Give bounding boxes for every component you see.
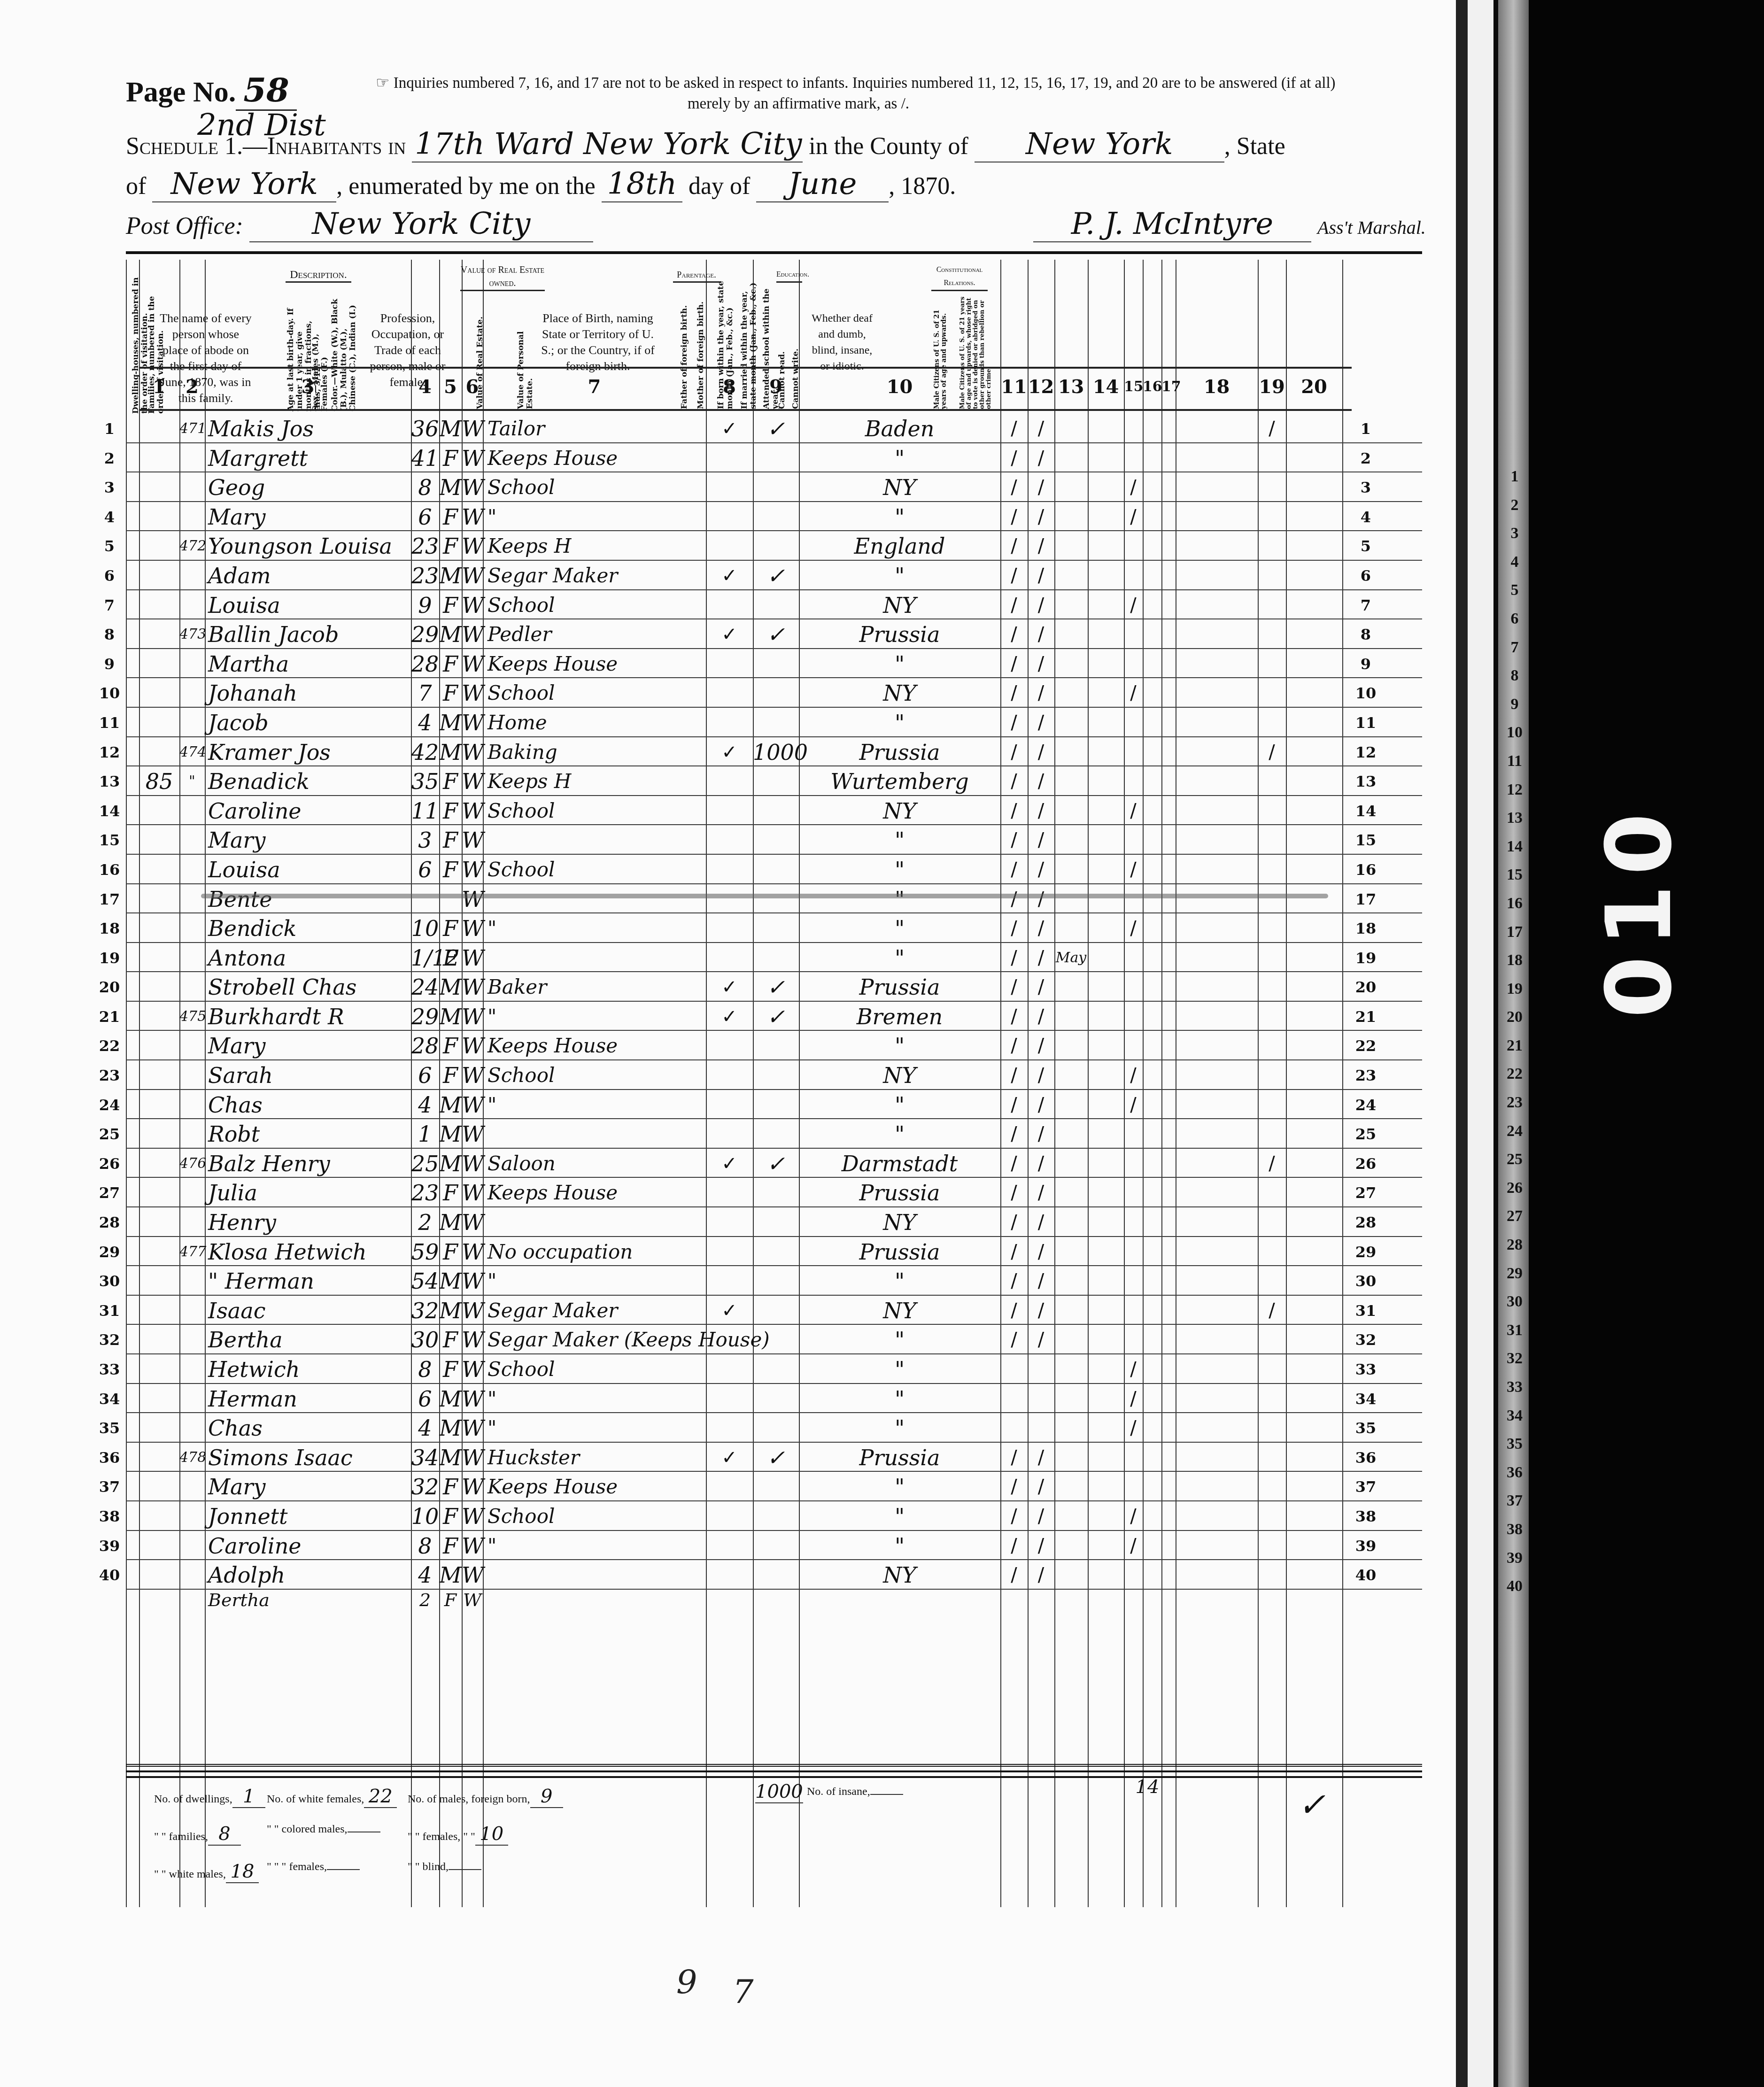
cell-father [1000,1354,1028,1383]
header-disability: Whether deaf and dumb, blind, insane, or… [807,310,877,374]
cell-father: / [1000,1149,1028,1177]
line-number-right: 3 [1352,472,1380,501]
cell-occupation: School [487,796,704,824]
cell-color: W [462,855,483,883]
cell-personal: ✓ [753,1149,799,1177]
cell-born-month [1054,884,1088,912]
county-field: New York [975,127,1224,162]
cell-occupation: Home [487,708,704,736]
cell-father: / [1000,1443,1028,1471]
ruler-number: 15 [1503,861,1526,889]
cell-father: / [1000,443,1028,472]
cell-age: 8 [411,472,439,501]
cell-father: / [1000,737,1028,765]
cell-citizen [1258,1560,1286,1588]
cell-sex: M [439,708,462,736]
line-number: 32 [98,1325,121,1353]
line-number-right: 33 [1352,1354,1380,1383]
cell-occupation: School [487,678,704,706]
cell-born-month [1054,1472,1088,1500]
cell-personal: ✓ [753,414,799,442]
cell-dwelling [139,913,179,942]
cell-father: / [1000,649,1028,677]
table-row: 3232Bertha30FWSegar Maker (Keeps House)"… [126,1325,1422,1354]
line-number-right: 16 [1352,855,1380,883]
cell-citizen [1258,708,1286,736]
cell-dwelling [139,884,179,912]
cell-personal [753,1207,799,1236]
cell-sex [439,884,462,912]
strikethrough-line [201,894,1328,898]
ruler-number: 4 [1503,548,1526,577]
table-row: 3030" Herman54MW""// [126,1266,1422,1296]
cell-color: W [462,766,483,795]
cell-name: Johanah [208,678,410,706]
line-number: 13 [98,766,121,795]
cell-mother: / [1028,1531,1054,1559]
cell-birth: " [799,708,1000,736]
cell-color: W [462,531,483,559]
cell-school [1124,531,1143,559]
cell-father: / [1000,1119,1028,1147]
cell-family [179,1060,205,1089]
cell-personal [753,472,799,501]
cell-age: 6 [411,1060,439,1089]
cell-mother: / [1028,502,1054,530]
cell-citizen [1258,1413,1286,1441]
cell-occupation [487,825,704,853]
line-number-right: 15 [1352,825,1380,853]
cell-personal [753,943,799,971]
marshal-line: P. J. McIntyre Ass't Marshal. [1033,207,1426,242]
cell-school: / [1124,472,1143,501]
cell-personal [753,1354,799,1383]
ruler-number: 29 [1503,1260,1526,1288]
cell-personal [753,825,799,853]
cell-occupation: Huckster [487,1443,704,1471]
cell-father: / [1000,1531,1028,1559]
cell-born-month [1054,737,1088,765]
cell-born-month [1054,1413,1088,1441]
line-number: 28 [98,1207,121,1236]
line-number: 4 [98,502,121,530]
cell-color: W [462,1560,483,1588]
cell-occupation: Pedler [487,619,704,648]
cell-sex: F [439,502,462,530]
cell-birth: Baden [799,414,1000,442]
census-rows: 11471Makis Jos36MWTailor✓✓Baden///22Marg… [126,414,1422,1590]
cell-citizen: / [1258,414,1286,442]
cell-dwelling [139,1090,179,1118]
ruler-number: 7 [1503,634,1526,662]
column-number: 18 [1176,367,1258,407]
cell-mother: / [1028,796,1054,824]
cell-father: / [1000,619,1028,648]
cell-school [1124,1207,1143,1236]
cell-father: / [1000,913,1028,942]
cell-born-month [1054,1090,1088,1118]
cell-real [706,1501,753,1530]
cell-dwelling [139,796,179,824]
ruler-number: 6 [1503,605,1526,634]
line-number: 14 [98,796,121,824]
ruler-number: 14 [1503,833,1526,861]
column-number: 7 [483,367,706,407]
cell-mother: / [1028,590,1054,618]
line-number: 9 [98,649,121,677]
cell-school [1124,1119,1143,1147]
cell-birth: Prussia [799,1443,1000,1471]
cell-school: / [1124,855,1143,883]
cell-name: Benadick [208,766,410,795]
ruler-number: 40 [1503,1572,1526,1601]
cell-age: 36 [411,414,439,442]
cell-born-month [1054,708,1088,736]
cell-mother: / [1028,708,1054,736]
cell-dwelling [139,1531,179,1559]
cell-citizen [1258,1119,1286,1147]
cell-family [179,884,205,912]
line-number: 12 [98,737,121,765]
table-row: 1616Louisa6FWSchool"/// [126,855,1422,884]
cell-birth: NY [799,796,1000,824]
cell-sex: F [439,1325,462,1353]
cell-name: Chas [208,1090,410,1118]
cell-personal [753,649,799,677]
column-number: 17 [1161,367,1176,407]
extra-sex: F [439,1585,462,1613]
cell-real [706,708,753,736]
cell-birth: NY [799,678,1000,706]
cell-age: 59 [411,1237,439,1265]
cell-name: Jonnett [208,1501,410,1530]
table-row: 66Adam23MWSegar Maker✓✓"// [126,561,1422,590]
ruler-number: 34 [1503,1402,1526,1430]
cell-dwelling [139,1296,179,1324]
cell-school [1124,943,1143,971]
cell-sex: F [439,590,462,618]
cell-father: / [1000,1178,1028,1206]
cell-mother: / [1028,443,1054,472]
line-number: 26 [98,1149,121,1177]
cell-color: W [462,561,483,589]
cell-color: W [462,472,483,501]
cell-school [1124,1325,1143,1353]
cell-real [706,1237,753,1265]
cell-age: 4 [411,1090,439,1118]
cell-birth: NY [799,472,1000,501]
ruler-number: 37 [1503,1487,1526,1515]
line-number: 29 [98,1237,121,1265]
ruler-number: 17 [1503,918,1526,947]
cell-school: / [1124,678,1143,706]
line-number: 38 [98,1501,121,1530]
cell-family [179,972,205,1000]
cell-personal [753,1413,799,1441]
summary-personal-total: 1000 [755,1781,803,1803]
cell-born-month [1054,855,1088,883]
ruler-number: 32 [1503,1345,1526,1373]
cell-age: 4 [411,1413,439,1441]
cell-occupation: No occupation [487,1237,704,1265]
cell-mother: / [1028,1178,1054,1206]
cell-sex: M [439,1443,462,1471]
cell-color: W [462,443,483,472]
census-table: Dwelling-houses, numbered in the order o… [126,251,1422,1907]
column-number: 19 [1258,367,1286,407]
cell-occupation: " [487,913,704,942]
summary-white-females: No. of white females,22 [267,1786,397,1808]
cell-sex: F [439,943,462,971]
cell-personal [753,1119,799,1147]
cell-school: / [1124,590,1143,618]
cell-father: / [1000,1060,1028,1089]
cell-birth: Wurtemberg [799,766,1000,795]
line-number: 16 [98,855,121,883]
cell-color: W [462,1501,483,1530]
cell-real [706,678,753,706]
table-row: 2929477Klosa Hetwich59FWNo occupationPru… [126,1237,1422,1267]
cell-mother: / [1028,737,1054,765]
line-number-right: 8 [1352,619,1380,648]
cell-dwelling [139,1002,179,1030]
cell-school [1124,737,1143,765]
cell-family [179,561,205,589]
cell-father: / [1000,708,1028,736]
cell-school: / [1124,1413,1143,1441]
cell-birth: Prussia [799,619,1000,648]
cell-citizen [1258,1443,1286,1471]
cell-name: Chas [208,1413,410,1441]
header-real-estate-group: Value of Real Estate owned. [460,263,545,291]
cell-citizen [1258,1325,1286,1353]
cell-color: W [462,414,483,442]
cell-birth: NY [799,1207,1000,1236]
cell-sex: M [439,1296,462,1324]
table-row: 2828Henry2MWNY// [126,1207,1422,1237]
table-row: 2020Strobell Chas24MWBaker✓✓Prussia// [126,972,1422,1002]
cell-father: / [1000,825,1028,853]
cell-born-month [1054,796,1088,824]
cell-personal [753,1237,799,1265]
cell-sex: F [439,1178,462,1206]
cell-name: Adam [208,561,410,589]
summary-school-total: 14 [1131,1776,1164,1798]
line-number: 30 [98,1266,121,1294]
cell-school [1124,825,1143,853]
cell-family: 473 [179,619,205,648]
cell-born-month [1054,1354,1088,1383]
cell-age: 6 [411,502,439,530]
cell-born-month [1054,1237,1088,1265]
cell-color: W [462,1002,483,1030]
line-number: 20 [98,972,121,1000]
cell-personal [753,590,799,618]
cell-mother [1028,1384,1054,1412]
table-row: 2323Sarah6FWSchoolNY/// [126,1060,1422,1090]
cell-sex: F [439,1031,462,1059]
table-row: 3939Caroline8FW""/// [126,1531,1422,1561]
column-number: 3 [205,367,411,407]
cell-color: W [462,972,483,1000]
line-number: 7 [98,590,121,618]
cell-birth: " [799,1501,1000,1530]
cell-color: W [462,943,483,971]
line-number: 2 [98,443,121,472]
cell-birth: " [799,1384,1000,1412]
cell-mother: / [1028,1090,1054,1118]
cell-dwelling [139,1149,179,1177]
ruler-number: 12 [1503,776,1526,804]
line-number-right: 28 [1352,1207,1380,1236]
cell-family [179,502,205,530]
cell-mother: / [1028,1237,1054,1265]
column-number: 4 [411,367,439,407]
cell-personal [753,1501,799,1530]
cell-citizen [1258,1531,1286,1559]
line-number: 17 [98,884,121,912]
cell-real [706,1266,753,1294]
cell-name: Louisa [208,855,410,883]
cell-born-month [1054,619,1088,648]
extra-age: 2 [411,1585,439,1613]
cell-father: / [1000,972,1028,1000]
cell-birth: NY [799,1296,1000,1324]
line-number: 37 [98,1472,121,1500]
line-number-right: 18 [1352,913,1380,942]
cell-age: 24 [411,972,439,1000]
cell-family [179,1031,205,1059]
cell-mother: / [1028,766,1054,795]
column-number: 2 [179,367,205,407]
line-number-right: 5 [1352,531,1380,559]
summary-families: " " families,8 [154,1823,241,1846]
cell-birth: NY [799,1560,1000,1588]
cell-personal: ✓ [753,972,799,1000]
table-row: 1919Antona1/12FW"//May [126,943,1422,973]
cell-citizen [1258,1384,1286,1412]
cell-color: W [462,1443,483,1471]
table-row: 44Mary6FW""/// [126,502,1422,532]
cell-school [1124,414,1143,442]
cell-father: / [1000,1207,1028,1236]
table-row: 3131Isaac32MWSegar Maker✓NY/// [126,1296,1422,1325]
line-number-right: 38 [1352,1501,1380,1530]
cell-citizen [1258,619,1286,648]
cell-occupation: School [487,1060,704,1089]
cell-father [1000,1413,1028,1441]
cell-born-month [1054,1296,1088,1324]
tally-mark: 7 [733,1972,754,2011]
cell-father: / [1000,1501,1028,1530]
line-number-right: 35 [1352,1413,1380,1441]
cell-real [706,1325,753,1353]
cell-real [706,1472,753,1500]
ruler-number: 18 [1503,946,1526,975]
cell-citizen: / [1258,1296,1286,1324]
line-number: 31 [98,1296,121,1324]
cell-birth: " [799,855,1000,883]
cell-dwelling [139,649,179,677]
cell-family [179,472,205,501]
cell-dwelling [139,1472,179,1500]
cell-dwelling [139,737,179,765]
cell-sex: F [439,531,462,559]
cell-occupation: Keeps House [487,649,704,677]
cell-born-month [1054,1560,1088,1588]
cell-age: 6 [411,1384,439,1412]
tally-mark: 9 [676,1963,697,2002]
cell-personal [753,1060,799,1089]
cell-school [1124,1266,1143,1294]
line-number: 34 [98,1384,121,1412]
table-row: 11471Makis Jos36MWTailor✓✓Baden/// [126,414,1422,443]
cell-personal [753,796,799,824]
cell-age: 41 [411,443,439,472]
cell-personal: ✓ [753,1002,799,1030]
place-field: 17th Ward New York City [412,127,803,162]
cell-occupation: " [487,1266,704,1294]
cell-family [179,1090,205,1118]
cell-mother: / [1028,855,1054,883]
line-number: 39 [98,1531,121,1559]
enumeration-line: of New York, enumerated by me on the 18t… [126,167,956,202]
cell-color: W [462,1266,483,1294]
cell-birth: " [799,1472,1000,1500]
cell-sex: M [439,1002,462,1030]
line-number: 40 [98,1560,121,1588]
cell-personal: 1000 [753,737,799,765]
header-education-group: Education. [776,268,802,283]
day-field: 18th [602,167,682,202]
cell-name: Bendick [208,913,410,942]
cell-real [706,943,753,971]
cell-color: W [462,825,483,853]
ruler-number: 3 [1503,519,1526,548]
cell-father: / [1000,943,1028,971]
cell-occupation: Keeps H [487,531,704,559]
cell-real [706,884,753,912]
cell-family: 474 [179,737,205,765]
line-number-right: 29 [1352,1237,1380,1265]
line-number-right: 26 [1352,1149,1380,1177]
cell-age: 8 [411,1354,439,1383]
cell-age: 23 [411,531,439,559]
cell-name: Louisa [208,590,410,618]
cell-personal [753,678,799,706]
cell-occupation: Baking [487,737,704,765]
cell-real [706,913,753,942]
cell-family: 472 [179,531,205,559]
header-description-group: Description. [286,268,351,283]
cell-citizen [1258,649,1286,677]
cell-school: / [1124,796,1143,824]
line-number: 24 [98,1090,121,1118]
cell-personal [753,913,799,942]
cell-citizen [1258,1060,1286,1089]
cell-real [706,443,753,472]
cell-name: Caroline [208,1531,410,1559]
cell-citizen [1258,1266,1286,1294]
summary-insane: No. of insane, [807,1786,903,1798]
cell-dwelling [139,1325,179,1353]
cell-born-month [1054,1384,1088,1412]
cell-color: W [462,1237,483,1265]
cell-color: W [462,737,483,765]
table-row: 1414Caroline11FWSchoolNY/// [126,796,1422,826]
cell-born-month [1054,443,1088,472]
cell-family [179,913,205,942]
